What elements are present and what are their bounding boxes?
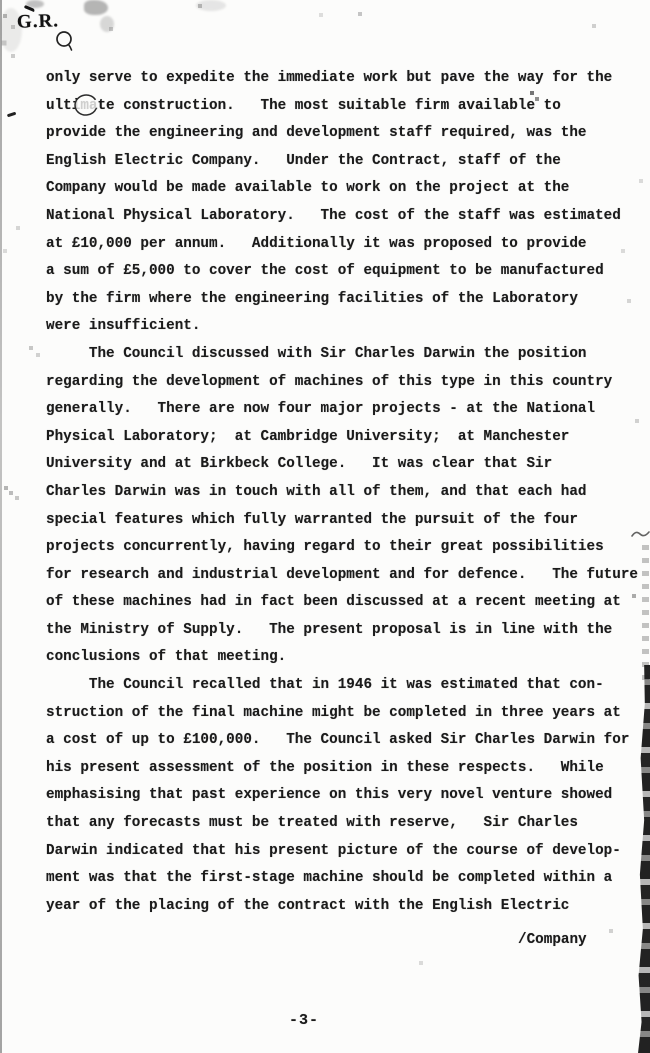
scan-edge-dots <box>642 545 649 680</box>
continuation-word: /Company <box>518 932 587 948</box>
page-number: -3- <box>289 1012 319 1029</box>
handwritten-initials: G.R. <box>17 10 60 33</box>
pen-dash-mark <box>7 112 16 117</box>
smudge-mark <box>196 0 226 11</box>
pen-circle-over-word <box>72 92 102 120</box>
pen-loop-mark <box>54 30 78 54</box>
paper-speckles <box>0 0 2 2</box>
typed-body-text: only serve to expedite the immediate wor… <box>46 65 638 920</box>
smudge-mark <box>84 0 108 15</box>
smudge-mark <box>100 16 114 32</box>
scan-wavy-scratch <box>631 527 650 543</box>
scan-edge-right <box>637 665 650 1053</box>
scan-edge-left <box>0 0 2 1053</box>
scanned-document-page: G.R. only serve to expedite the immediat… <box>0 0 650 1053</box>
